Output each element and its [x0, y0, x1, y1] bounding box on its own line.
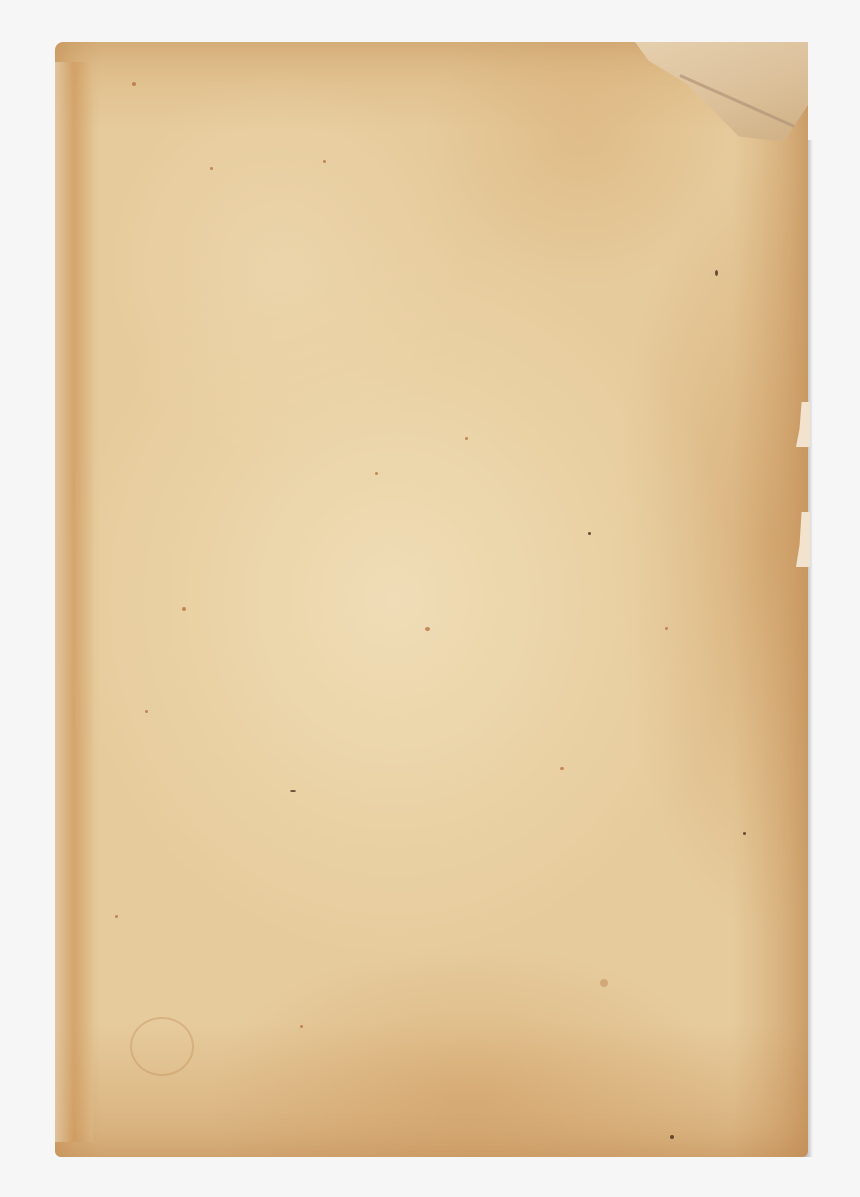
foxing-spot [132, 82, 136, 86]
edge-tear [796, 512, 810, 567]
foxing-spot [145, 710, 148, 713]
foxing-spot [210, 167, 213, 170]
foxing-spot [375, 472, 378, 475]
foxing-spot [670, 1135, 674, 1139]
foxing-spot [588, 532, 591, 535]
foxing-spot [665, 627, 668, 630]
foxing-spot [715, 270, 718, 276]
foxing-spot [182, 607, 186, 611]
foxing-spot [600, 979, 608, 987]
foxing-spot [465, 437, 468, 440]
aged-paper-sheet [55, 42, 808, 1157]
foxing-spot [425, 627, 430, 631]
edge-tear [796, 402, 810, 447]
foxing-spot [300, 1025, 303, 1028]
foxing-spot [115, 915, 118, 918]
foxing-spot [290, 790, 296, 792]
torn-left-edge [55, 62, 93, 1142]
foxing-spot [743, 832, 746, 835]
foxing-spot [323, 160, 326, 163]
water-stain [130, 1017, 194, 1076]
foxing-spot [560, 767, 564, 770]
